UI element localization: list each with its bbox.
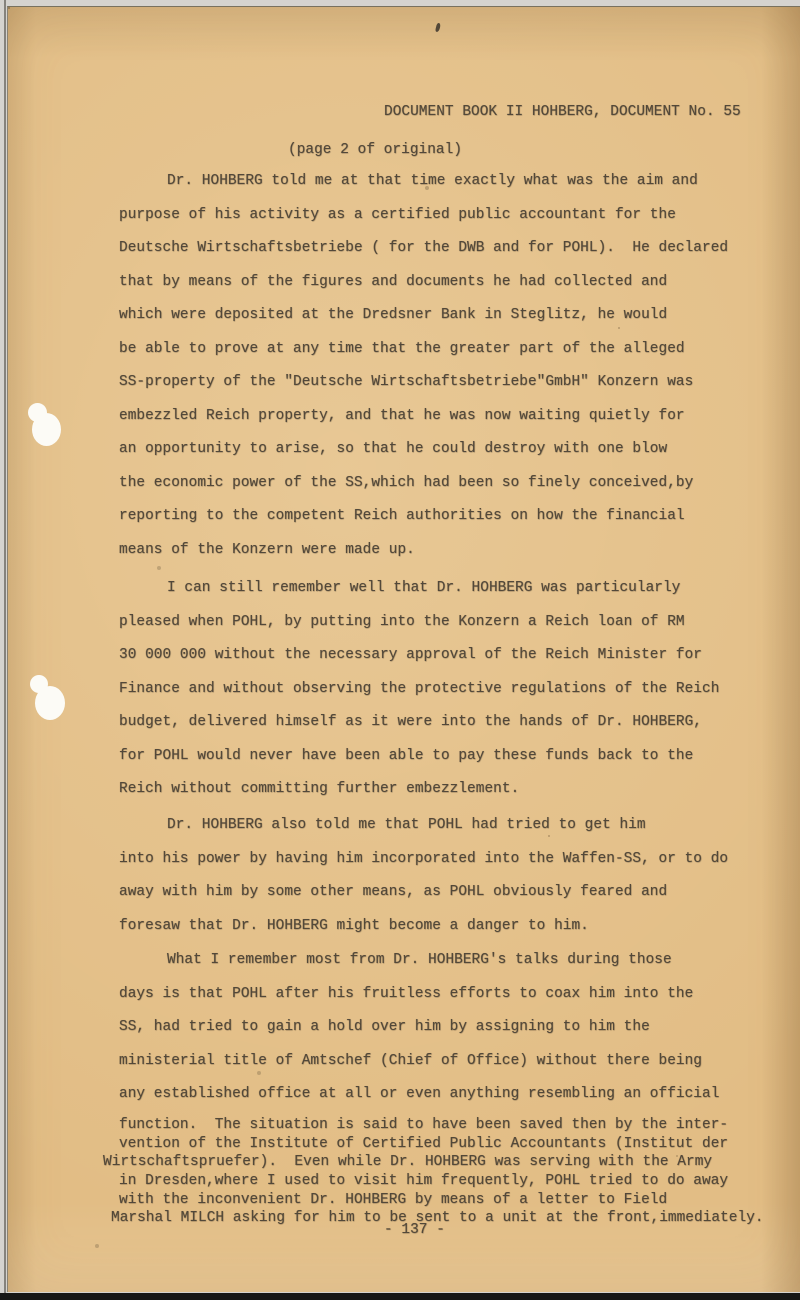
paragraph-3: Dr. HOHBERG also told me that POHL had t… bbox=[119, 817, 791, 951]
paragraph-4: What I remember most from Dr. HOHBERG's … bbox=[119, 952, 791, 1120]
text-line: I can still remember well that Dr. HOHBE… bbox=[119, 580, 791, 614]
text-line: any established office at all or even an… bbox=[119, 1086, 791, 1120]
text-line: Finance and without observing the protec… bbox=[119, 681, 791, 715]
text-line: away with him by some other means, as PO… bbox=[119, 884, 791, 918]
text-line: be able to prove at any time that the gr… bbox=[119, 341, 791, 375]
text-line: Wirtschaftspruefer). Even while Dr. HOHB… bbox=[103, 1154, 791, 1173]
text-line: Dr. HOHBERG also told me that POHL had t… bbox=[119, 817, 791, 851]
text-line: days is that POHL after his fruitless ef… bbox=[119, 986, 791, 1020]
scan-bottom-edge bbox=[0, 1293, 800, 1300]
text-line: What I remember most from Dr. HOHBERG's … bbox=[119, 952, 791, 986]
text-line: an opportunity to arise, so that he coul… bbox=[119, 441, 791, 475]
text-line: for POHL would never have been able to p… bbox=[119, 748, 791, 782]
document-header: DOCUMENT BOOK II HOHBERG, DOCUMENT No. 5… bbox=[384, 104, 741, 120]
paper-specks bbox=[8, 7, 10, 9]
text-line: SS, had tried to gain a hold over him by… bbox=[119, 1019, 791, 1053]
text-line: vention of the Institute of Certified Pu… bbox=[119, 1136, 791, 1155]
text-line: reporting to the competent Reich authori… bbox=[119, 508, 791, 542]
text-line: pleased when POHL, by putting into the K… bbox=[119, 614, 791, 648]
paper-edge-shadow bbox=[4, 0, 6, 1294]
text-line: Deutsche Wirtschaftsbetriebe ( for the D… bbox=[119, 240, 791, 274]
text-line: into his power by having him incorporate… bbox=[119, 851, 791, 885]
text-line: that by means of the figures and documen… bbox=[119, 274, 791, 308]
text-line: Marshal MILCH asking for him to be sent … bbox=[111, 1210, 791, 1229]
text-line: foresaw that Dr. HOHBERG might become a … bbox=[119, 918, 791, 952]
scanner-background: DOCUMENT BOOK II HOHBERG, DOCUMENT No. 5… bbox=[0, 0, 800, 1300]
ink-speck bbox=[435, 23, 441, 33]
text-line: with the inconvenient Dr. HOHBERG by mea… bbox=[119, 1192, 791, 1211]
paragraph-1: Dr. HOHBERG told me at that time exactly… bbox=[119, 173, 791, 575]
punch-hole-bottom bbox=[35, 686, 65, 720]
text-line: budget, delivered himself as it were int… bbox=[119, 714, 791, 748]
text-line: which were deposited at the Dredsner Ban… bbox=[119, 307, 791, 341]
text-line: means of the Konzern were made up. bbox=[119, 542, 791, 576]
paragraph-2: I can still remember well that Dr. HOHBE… bbox=[119, 580, 791, 815]
text-line: in Dresden,where I used to visit him fre… bbox=[119, 1173, 791, 1192]
text-line: Reich without committing further embezzl… bbox=[119, 781, 791, 815]
text-line: the economic power of the SS,which had b… bbox=[119, 475, 791, 509]
punch-hole-top bbox=[32, 413, 61, 446]
document-page: DOCUMENT BOOK II HOHBERG, DOCUMENT No. 5… bbox=[7, 6, 800, 1292]
text-line: 30 000 000 without the necessary approva… bbox=[119, 647, 791, 681]
paragraph-5: function. The situation is said to have … bbox=[119, 1117, 791, 1229]
text-line: Dr. HOHBERG told me at that time exactly… bbox=[119, 173, 791, 207]
text-line: function. The situation is said to have … bbox=[119, 1117, 791, 1136]
text-line: purpose of his activity as a certified p… bbox=[119, 207, 791, 241]
text-line: ministerial title of Amtschef (Chief of … bbox=[119, 1053, 791, 1087]
text-line: embezzled Reich property, and that he wa… bbox=[119, 408, 791, 442]
page-number: - 137 - bbox=[384, 1222, 445, 1238]
page-reference: (page 2 of original) bbox=[288, 142, 462, 158]
text-line: SS-property of the "Deutsche Wirtschafts… bbox=[119, 374, 791, 408]
